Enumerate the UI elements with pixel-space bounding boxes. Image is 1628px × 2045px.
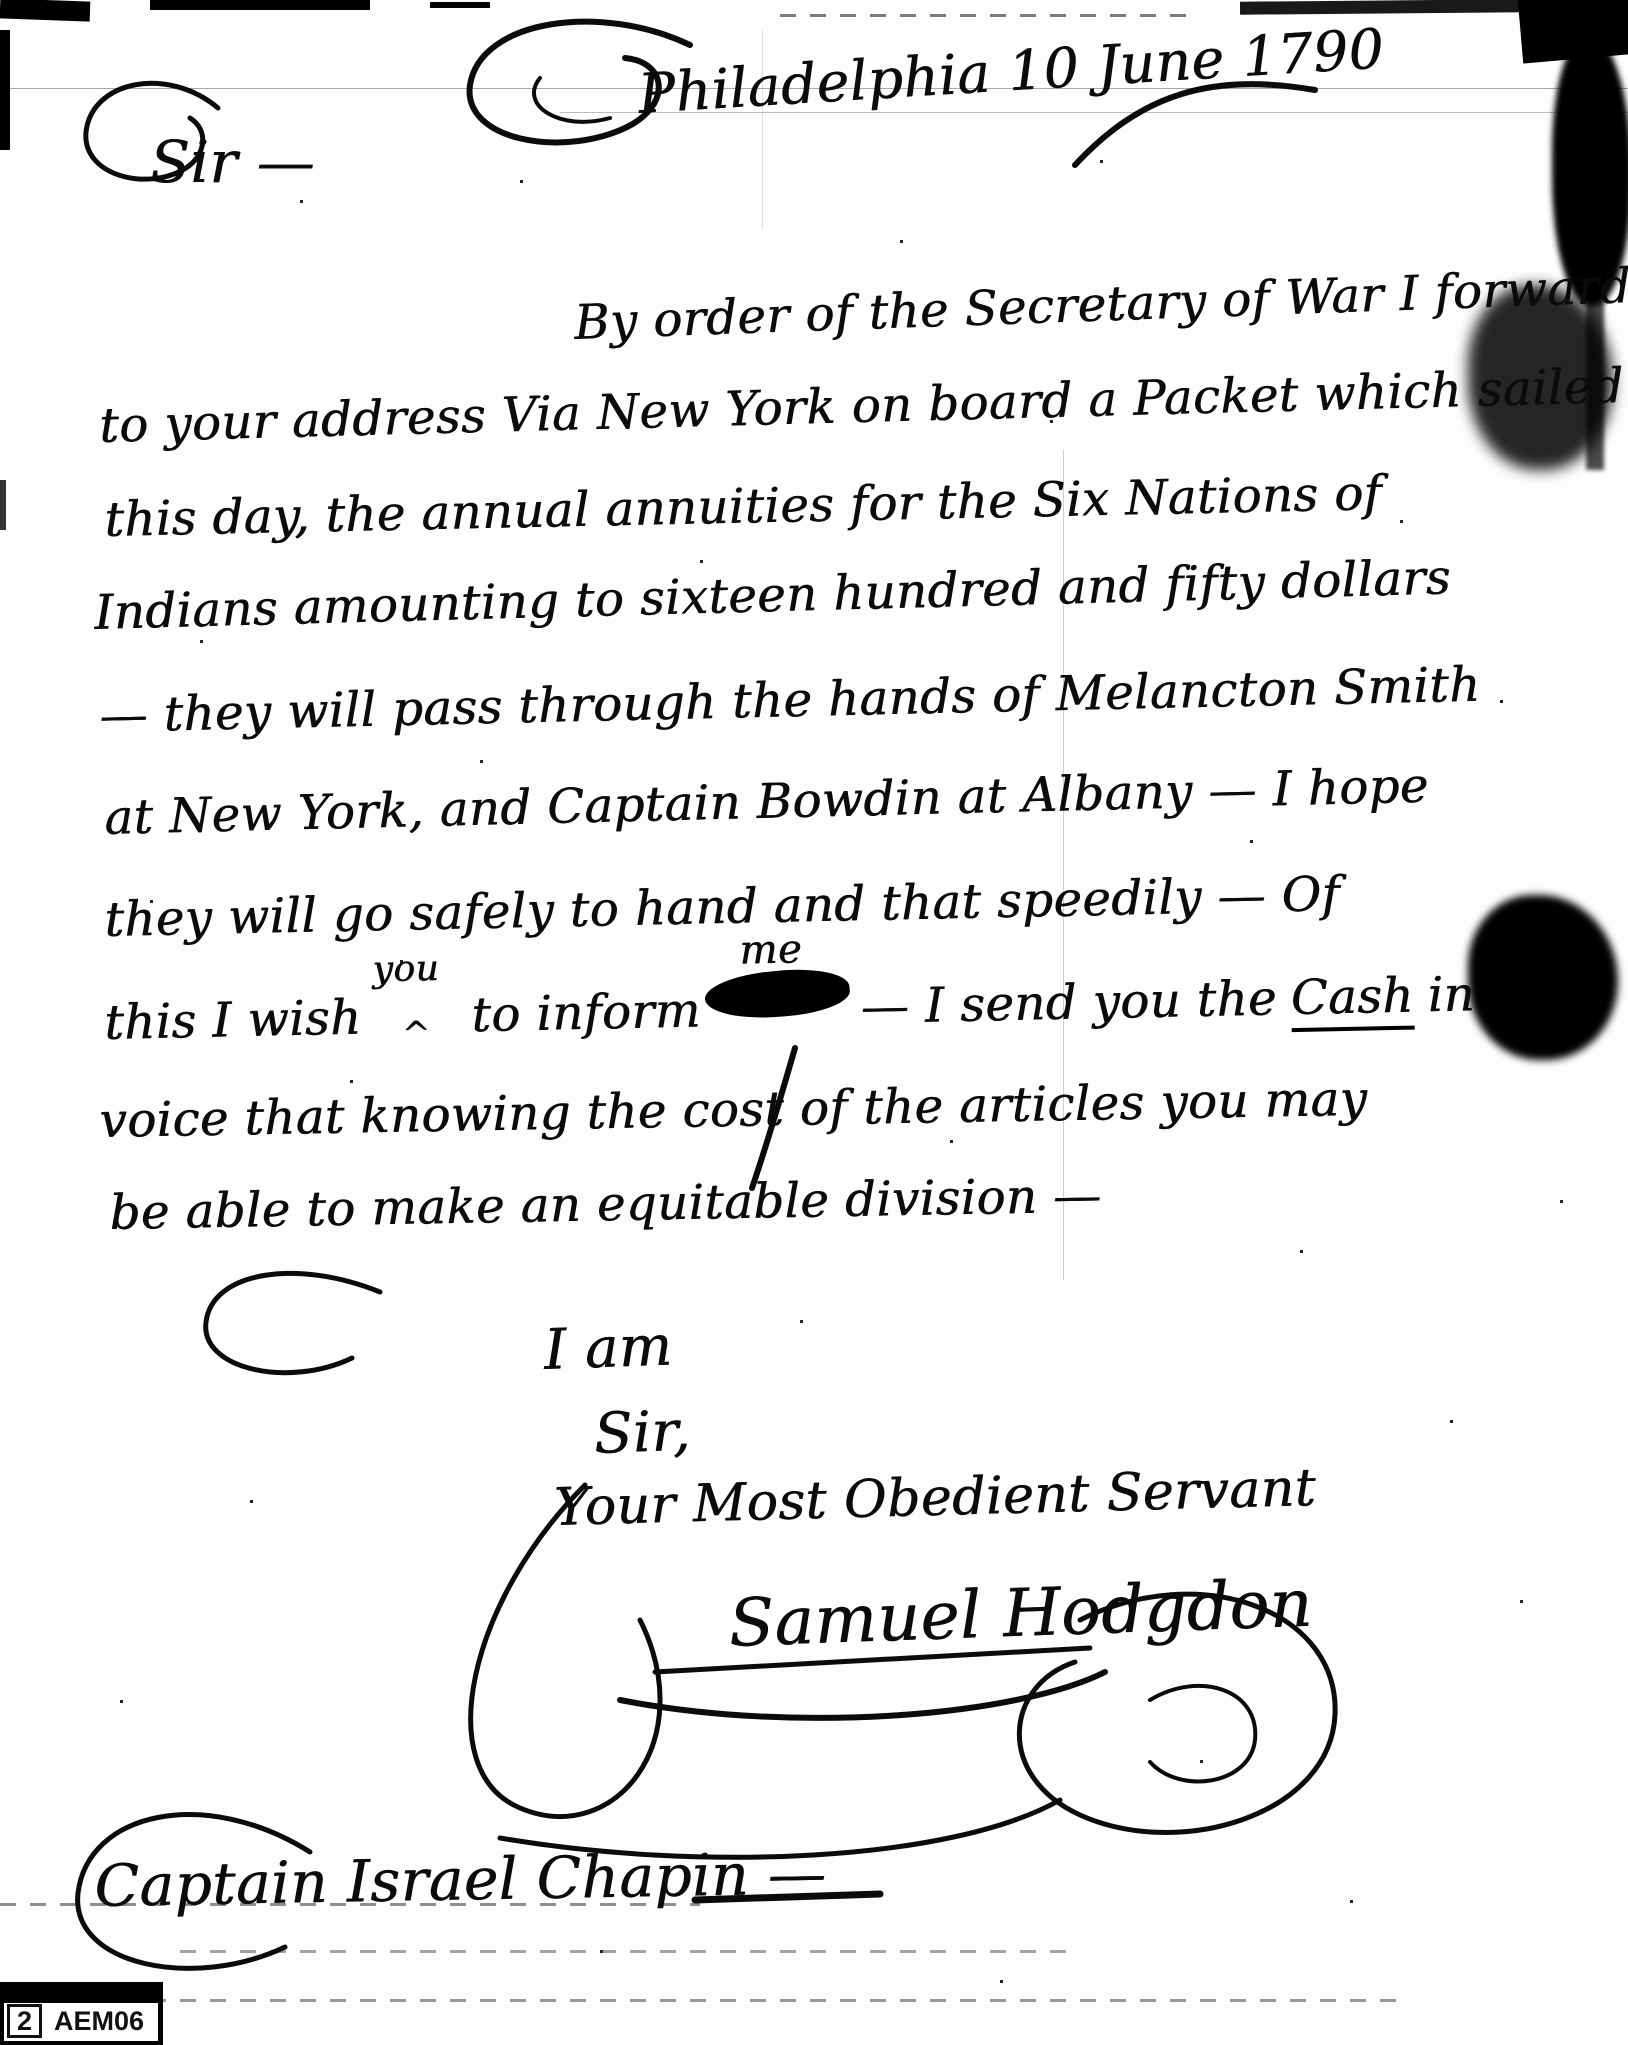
inserted-word: you xyxy=(372,948,440,990)
body-line-8: this I wish you ^ to inform me — I send … xyxy=(104,966,1476,1057)
flourish-top-center-inner xyxy=(534,78,610,122)
scan-edge-mark xyxy=(0,480,6,530)
line8-text-c: — I send you the xyxy=(860,970,1277,1035)
caret-insertion: you ^ xyxy=(362,1021,472,1033)
salutation: Sir — xyxy=(150,128,315,196)
scan-noise-dashes xyxy=(180,1950,1080,1953)
ink-smudge xyxy=(1468,895,1618,1060)
line8-text-b: to inform xyxy=(471,983,701,1044)
dateline: Philadelphia 10 June 1790 xyxy=(636,17,1386,126)
line8-text-a: this I wish xyxy=(104,990,362,1051)
scan-noise-dashes xyxy=(60,1999,1400,2002)
scan-edge-mark xyxy=(0,30,10,150)
underlined-word: Cash xyxy=(1290,968,1414,1033)
scan-edge-mark xyxy=(0,0,90,22)
signature: Samuel Hodgdon xyxy=(727,1565,1313,1662)
body-line-4: Indians amounting to sixteen hundred and… xyxy=(94,549,1452,641)
closing-valediction: Your Most Obedient Servant xyxy=(553,1458,1316,1538)
caret-mark: ^ xyxy=(401,1014,431,1055)
archive-label-number: 2 xyxy=(7,2004,42,2038)
body-line-10: be able to make an equitable division — xyxy=(109,1168,1102,1241)
body-line-5: — they will pass through the hands of Me… xyxy=(99,657,1481,744)
archive-label-code: AEM06 xyxy=(54,2006,144,2037)
body-line-7: they will go safely to hand and that spe… xyxy=(104,866,1340,948)
archive-label: 2 AEM06 xyxy=(4,2003,158,2041)
body-line-6: at New York, and Captain Bowdin at Alban… xyxy=(104,758,1430,846)
scan-speckle-noise xyxy=(300,200,303,203)
ink-blot xyxy=(703,964,852,1023)
blotted-replacement-word: me xyxy=(739,926,803,973)
flourish-signature-underline xyxy=(620,1672,1105,1718)
blot-correction: me xyxy=(701,1013,861,1026)
flourish-i-am-loop xyxy=(206,1273,380,1372)
body-line-2: to your address Via New York on board a … xyxy=(99,358,1625,454)
scan-edge-mark xyxy=(430,2,490,8)
line8-text-d: in xyxy=(1427,966,1475,1023)
scanned-letter-page: Philadelphia 10 June 1790 Sir — By order… xyxy=(0,0,1628,2045)
body-line-9: voice that knowing the cost of the artic… xyxy=(99,1071,1368,1149)
flourish-signature-inner-spiral xyxy=(1150,1686,1255,1782)
scan-noise-dashes xyxy=(780,14,1200,17)
addressee: Captain Israel Chapin — xyxy=(94,1839,827,1920)
body-line-8-parts: this I wish you ^ to inform me — I send … xyxy=(104,966,1476,1057)
body-line-1: By order of the Secretary of War I forwa… xyxy=(573,256,1628,351)
closing-i-am: I am xyxy=(543,1314,674,1383)
closing-sir: Sir, xyxy=(593,1399,692,1467)
body-line-3: this day, the annual annuities for the S… xyxy=(104,465,1382,548)
scan-edge-mark xyxy=(150,0,370,10)
